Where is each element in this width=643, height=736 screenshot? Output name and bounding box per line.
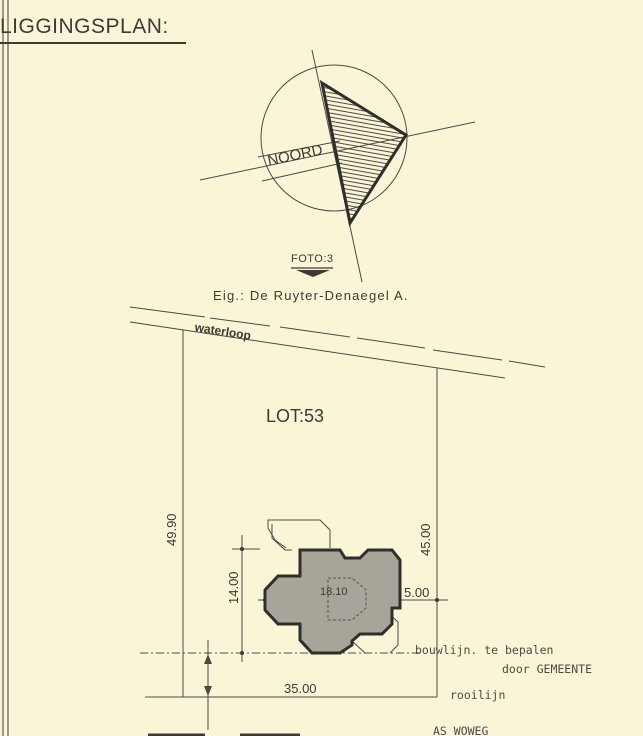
site-plan-sheet: LIGGINGSPLAN: NOORD FOTO:3 Eig.: De Ruyt… xyxy=(0,0,643,736)
road-edge xyxy=(0,0,643,736)
